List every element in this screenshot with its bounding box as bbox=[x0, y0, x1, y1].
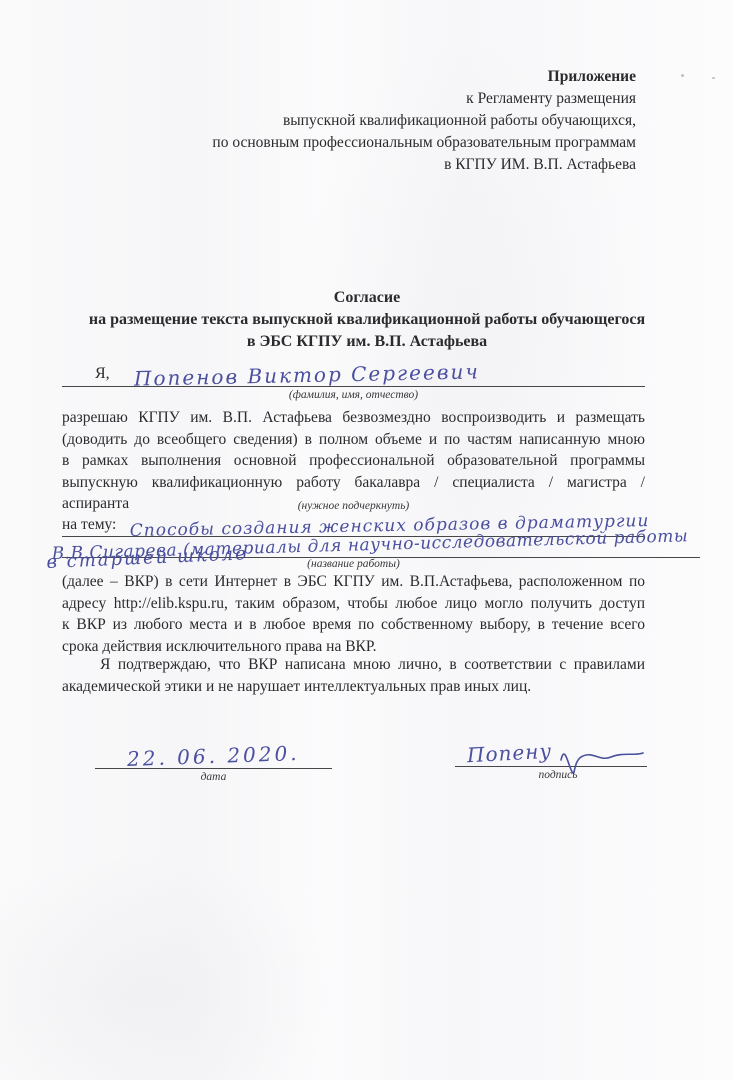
handwritten-date: 22. 06. 2020. bbox=[127, 741, 300, 771]
paragraph-line: (далее – ВКР) в сети Интернет в ЭБС КГПУ… bbox=[62, 571, 645, 593]
confirmation-paragraph: Я подтверждаю, что ВКР написана мною лич… bbox=[62, 654, 645, 697]
paragraph-line: адресу http://elib.kspu.ru, таким образо… bbox=[62, 593, 645, 615]
paragraph-line: (доводить до всеобщего сведения) в полно… bbox=[62, 429, 645, 451]
paragraph-line: Я подтверждаю, что ВКР написана мною лич… bbox=[62, 654, 645, 676]
scanned-consent-document: Приложение к Регламенту размещения выпус… bbox=[0, 0, 734, 1080]
permission-paragraph: разрешаю КГПУ им. В.П. Астафьева безвозм… bbox=[62, 407, 645, 515]
date-field-line: 22. 06. 2020. bbox=[95, 738, 332, 769]
paragraph-line: разрешаю КГПУ им. В.П. Астафьева безвозм… bbox=[62, 407, 645, 429]
paragraph-line: к ВКР из любого места и в любое время по… bbox=[62, 614, 645, 636]
handwritten-name: Попенов Виктор Сергеевич bbox=[134, 359, 480, 390]
date-field-caption: дата bbox=[95, 771, 332, 783]
access-paragraph: (далее – ВКР) в сети Интернет в ЭБС КГПУ… bbox=[62, 571, 645, 657]
signature-field-caption: подпись bbox=[478, 769, 638, 781]
underline-note: (нужное подчеркнуть) bbox=[62, 500, 645, 512]
name-prefix: Я, bbox=[95, 365, 110, 383]
topic-label: на тему: bbox=[62, 516, 116, 534]
appendix-header-line: к Регламенту размещения bbox=[212, 88, 636, 110]
paragraph-line: академической этики и не нарушает интелл… bbox=[62, 676, 645, 698]
document-title: Согласие на размещение текста выпускной … bbox=[0, 287, 734, 353]
appendix-header-line: выпускной квалификационной работы обучаю… bbox=[212, 110, 636, 132]
paragraph-line: выпускную квалификационную работу бакала… bbox=[62, 472, 645, 494]
document-title-line: Согласие bbox=[0, 287, 734, 309]
appendix-header-line: в КГПУ ИМ. В.П. Астафьева bbox=[212, 154, 636, 176]
document-title-line: в ЭБС КГПУ им. В.П. Астафьева bbox=[0, 331, 734, 353]
signature-field-line: Попену bbox=[455, 735, 647, 767]
name-field-line: Я, Попенов Виктор Сергеевич bbox=[62, 355, 645, 387]
document-title-line: на размещение текста выпускной квалифика… bbox=[0, 309, 734, 331]
scan-speck bbox=[712, 77, 715, 79]
scan-speck bbox=[681, 74, 684, 77]
topic-field-caption: (название работы) bbox=[62, 558, 645, 570]
name-field-caption: (фамилия, имя, отчество) bbox=[62, 389, 645, 401]
handwritten-signature: Попену bbox=[466, 739, 552, 767]
appendix-header: Приложение к Регламенту размещения выпус… bbox=[212, 66, 636, 176]
paragraph-line: в рамках выполнения основной профессиона… bbox=[62, 450, 645, 472]
appendix-header-line: по основным профессиональным образовател… bbox=[212, 132, 636, 154]
appendix-header-line: Приложение bbox=[212, 66, 636, 88]
